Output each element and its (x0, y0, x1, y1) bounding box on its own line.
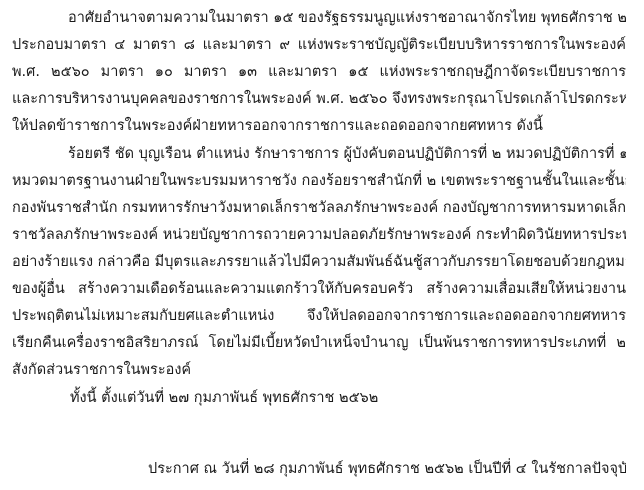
paragraph-1-line-5: ให้ปลดข้าราชการในพระองค์ฝ่ายทหารออกจากรา… (12, 113, 626, 139)
paragraph-2-line-3: กองพันราชสำนัก กรมทหารรักษาวังมหาดเล็กรา… (12, 195, 626, 221)
paragraph-2-line-8: เรียกคืนเครื่องราชอิสริยาภรณ์ โดยไม่มีเบ… (12, 330, 626, 356)
paragraph-2-line-2: หมวดมาตรฐานงานฝ่ายในพระบรมมหาราชวัง กองร… (12, 168, 626, 194)
paragraph-2-line-1: ร้อยตรี ชัด บุญเรือน ตำแหน่ง รักษาราชการ… (68, 141, 626, 167)
paragraph-2-line-5: อย่างร้ายแรง กล่าวคือ มีบุตรและภรรยาแล้ว… (12, 249, 626, 275)
paragraph-1-line-3: พ.ศ. ๒๕๖๐ มาตรา ๑๐ มาตรา ๑๓ และมาตรา ๑๕ … (12, 59, 626, 85)
paragraph-1-line-4: และการบริหารงานบุคคลของราชการในพระองค์ พ… (12, 86, 626, 112)
paragraph-1-line-1: อาศัยอำนาจตามความในมาตรา ๑๕ ของรัฐธรรมนู… (68, 5, 626, 31)
paragraph-2-line-6: ของผู้อื่น สร้างความเดือดร้อนและความแตกร… (12, 276, 626, 302)
paragraph-2-line-9: สังกัดส่วนราชการในพระองค์ (12, 357, 626, 383)
royal-announcement-document: อาศัยอำนาจตามความในมาตรา ๑๕ ของรัฐธรรมนู… (0, 0, 644, 490)
paragraph-2-line-7: ประพฤติตนไม่เหมาะสมกับยศและตำแหน่ง จึงให… (12, 303, 626, 329)
paragraph-2-line-4: ราชวัลลภรักษาพระองค์ หน่วยบัญชาการถวายคว… (12, 222, 626, 248)
announcement-date: ประกาศ ณ วันที่ ๒๘ กุมภาพันธ์ พุทธศักราช… (148, 456, 626, 482)
paragraph-1-line-2: ประกอบมาตรา ๔ มาตรา ๘ และมาตรา ๙ แห่งพระ… (12, 32, 626, 58)
effective-date: ทั้งนี้ ตั้งแต่วันที่ ๒๗ กุมภาพันธ์ พุทธ… (70, 385, 626, 411)
